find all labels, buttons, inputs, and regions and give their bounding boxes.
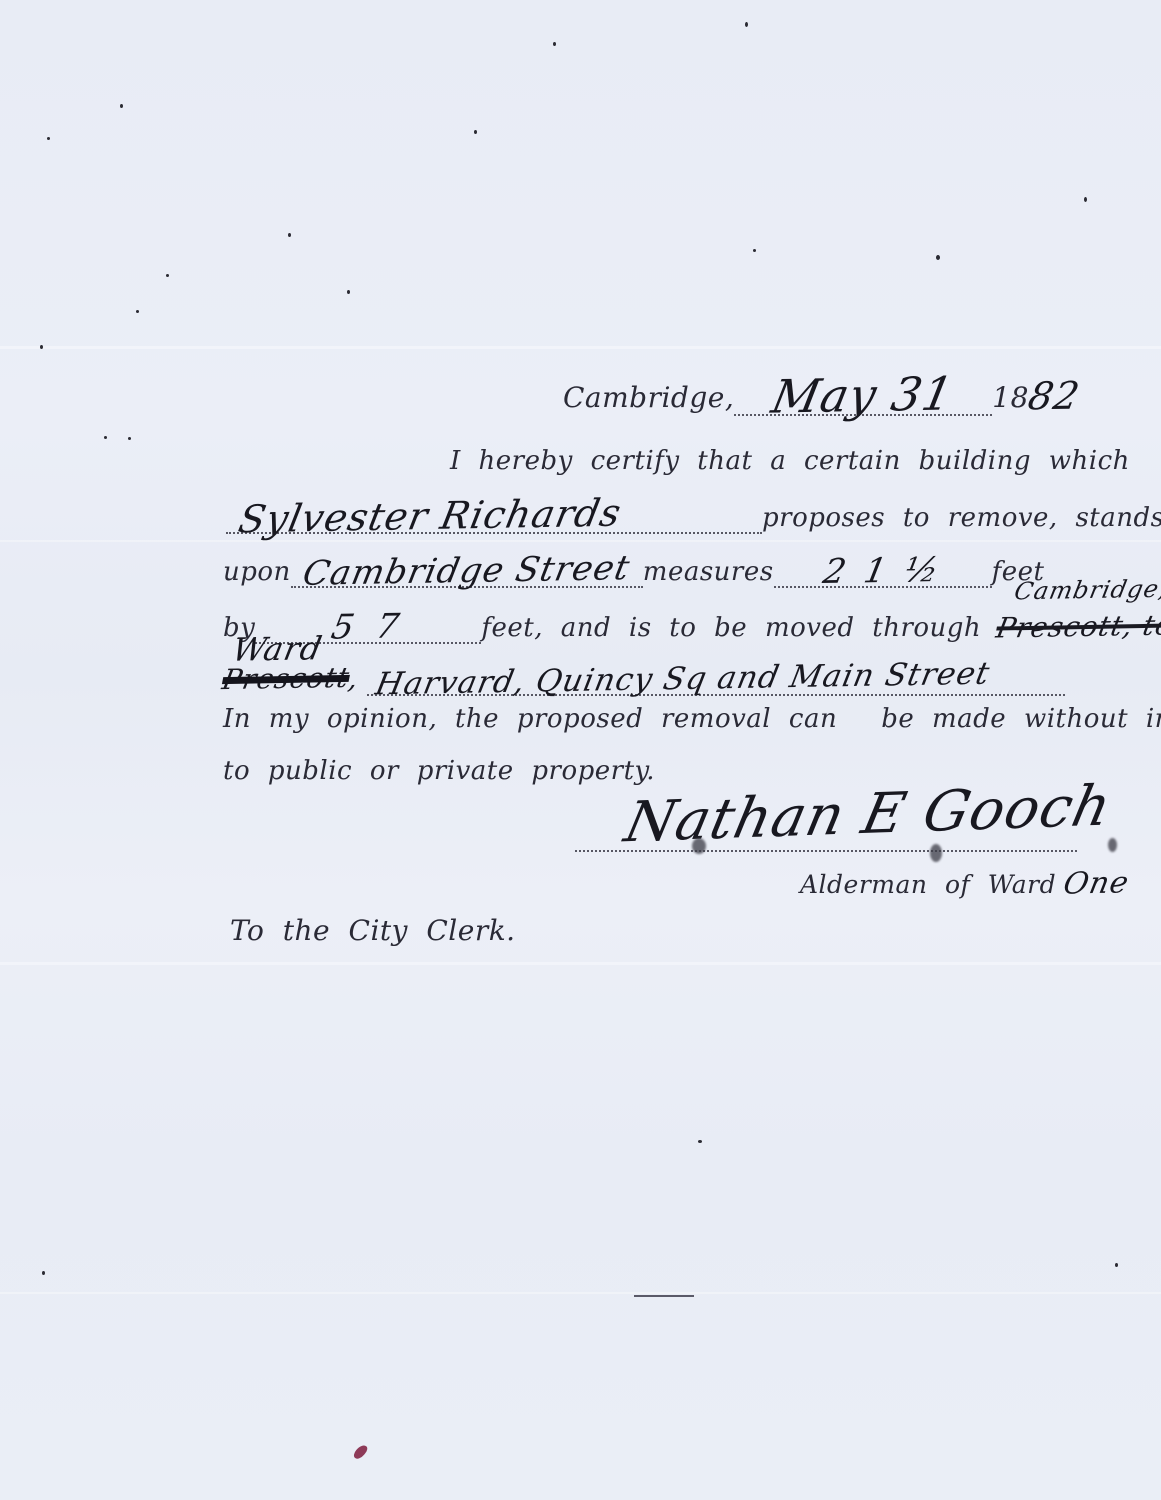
- scan-speck: [1084, 197, 1087, 202]
- opinion-text-1b: be made without injury: [881, 704, 1161, 734]
- scan-band: [0, 540, 1161, 542]
- dateline-city-label: Cambridge,: [563, 381, 734, 414]
- scan-speck: [47, 137, 50, 140]
- footer-text: To the City Clerk.: [230, 914, 516, 947]
- scan-band: [0, 962, 1161, 965]
- red-ink-fleck: [352, 1443, 369, 1461]
- scan-speck: [120, 104, 123, 108]
- length-feet-handwritten: 5 7: [329, 609, 408, 644]
- footer-line: To the City Clerk.: [230, 914, 516, 947]
- route-line: Ward Prescott , Harvard, Quincy Sq and M…: [223, 662, 1065, 696]
- document-page: Cambridge,May 311882 I hereby certify th…: [0, 0, 1161, 1500]
- scan-speck: [936, 255, 940, 260]
- proposes-text: proposes to remove, stands: [762, 503, 1161, 533]
- route-correction-1: Cambridge, Prescott, to: [989, 610, 1161, 643]
- owner-name-field: Sylvester Richards: [226, 494, 762, 534]
- ward-number-handwritten: One: [1061, 865, 1133, 901]
- opinion-text-2: to public or private property.: [223, 756, 655, 786]
- ink-smudge: [692, 838, 706, 854]
- route-field: Harvard, Quincy Sq and Main Street: [367, 663, 1065, 696]
- certify-line: I hereby certify that a certain building…: [450, 446, 1130, 476]
- scan-speck: [166, 274, 169, 277]
- scan-speck: [753, 249, 756, 252]
- route-handwritten: Harvard, Quincy Sq and Main Street: [373, 659, 993, 701]
- scan-speck: [136, 310, 139, 313]
- owner-line: Sylvester Richardsproposes to remove, st…: [226, 494, 1161, 534]
- opinion-line-1: In my opinion, the proposed removal canb…: [223, 704, 1161, 734]
- year-handwritten: 82: [1025, 374, 1084, 419]
- opinion-text-1a: In my opinion, the proposed removal can: [223, 704, 837, 734]
- ink-smudge: [930, 844, 942, 862]
- street-field: Cambridge Street: [291, 552, 643, 588]
- scan-band: [0, 1292, 1161, 1294]
- measures-label: measures: [643, 557, 774, 587]
- struck-prescott-to-handwritten: Prescott, to: [994, 608, 1161, 644]
- scan-speck: [42, 1271, 45, 1275]
- dateline: Cambridge,May 311882: [563, 368, 1079, 416]
- date-fill-field: May 31: [734, 368, 992, 416]
- street-handwritten: Cambridge Street: [300, 551, 633, 591]
- moved-through-line: by5 7feet, and is to be moved through Ca…: [223, 608, 1161, 644]
- width-feet-field: 2 1 ½: [774, 552, 992, 588]
- opinion-line-2: to public or private property.: [223, 756, 655, 786]
- moved-through-text: feet, and is to be moved through: [481, 613, 981, 643]
- scan-speck: [474, 130, 477, 134]
- date-handwritten: May 31: [769, 370, 958, 419]
- alderman-title-line: Alderman of Ward One: [800, 866, 1129, 901]
- scan-speck: [347, 290, 350, 294]
- ink-smudge: [1108, 838, 1117, 852]
- scan-band: [0, 346, 1161, 349]
- scan-speck: [1115, 1263, 1118, 1267]
- scan-dash-mark: [634, 1295, 694, 1297]
- width-feet-handwritten: 2 1 ½: [820, 553, 945, 589]
- year-printed-prefix: 18: [992, 381, 1029, 414]
- street-measures-line: uponCambridge Streetmeasures2 1 ½feet: [223, 552, 1044, 588]
- scan-speck: [553, 42, 556, 46]
- scan-speck: [288, 233, 291, 237]
- scan-speck: [128, 437, 131, 440]
- scan-speck: [745, 22, 748, 27]
- scan-speck: [40, 345, 43, 349]
- struck-prescott-handwritten: Prescott: [220, 661, 353, 696]
- inserted-cambridge-handwritten: Cambridge,: [1012, 575, 1161, 606]
- route-correction-2: Ward Prescott: [223, 662, 349, 695]
- scan-speck: [104, 436, 107, 439]
- upon-label: upon: [223, 557, 291, 587]
- scan-speck: [698, 1140, 702, 1143]
- owner-name-handwritten: Sylvester Richards: [236, 494, 625, 539]
- alderman-title-printed: Alderman of Ward: [800, 870, 1056, 899]
- certify-text: I hereby certify that a certain building…: [450, 446, 1130, 476]
